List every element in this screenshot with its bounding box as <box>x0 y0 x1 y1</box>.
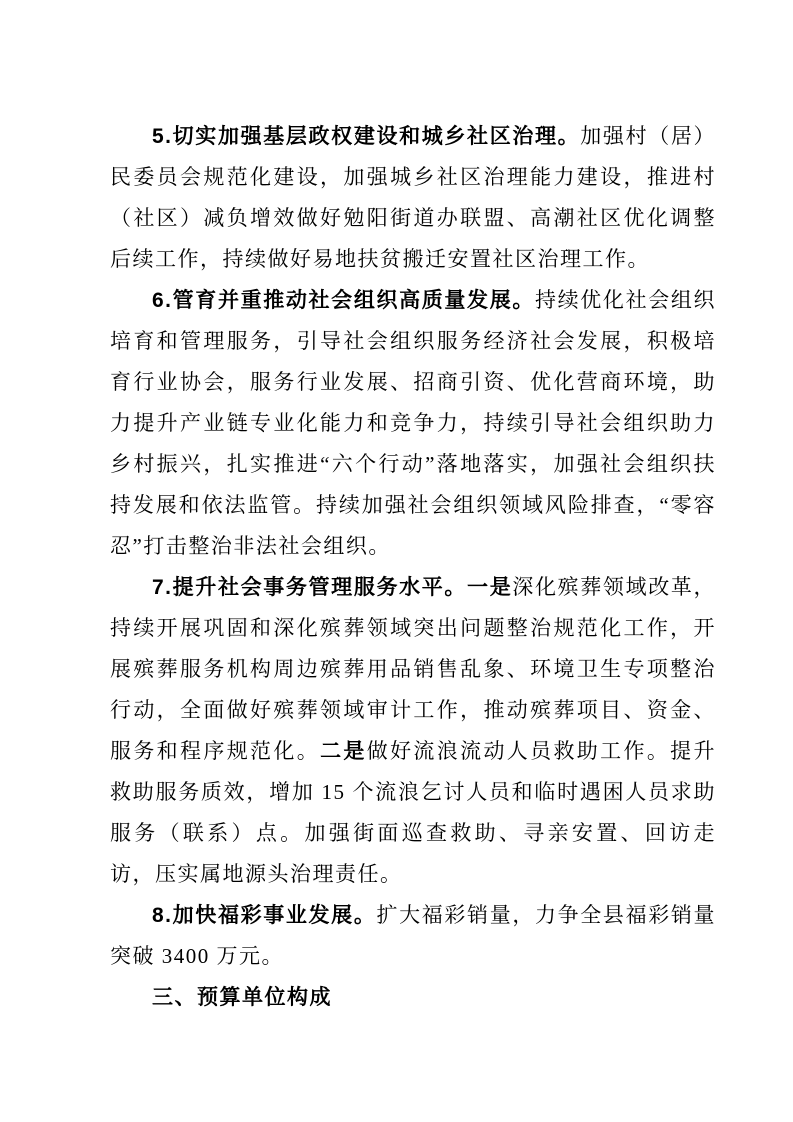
paragraph-8: 8.加快福彩事业发展。扩大福彩销量，力争全县福彩销量突破 3400 万元。 <box>110 895 716 977</box>
paragraph-6: 6.管育并重推动社会组织高质量发展。持续优化社会组织培育和管理服务，引导社会组织… <box>110 280 716 567</box>
document-page: 5.切实加强基层政权建设和城乡社区治理。加强村（居）民委员会规范化建设，加强城乡… <box>0 0 793 1122</box>
paragraph-7-body-one: 深化殡葬领域改革，持续开展巩固和深化殡葬领域突出问题整治规范化工作，开展殡葬服务… <box>110 575 716 763</box>
paragraph-6-lead: 6.管育并重推动社会组织高质量发展。 <box>152 289 535 312</box>
paragraph-6-body: 持续优化社会组织培育和管理服务，引导社会组织服务经济社会发展，积极培育行业协会，… <box>110 288 716 558</box>
paragraph-7: 7.提升社会事务管理服务水平。一是深化殡葬领域改革，持续开展巩固和深化殡葬领域突… <box>110 567 716 895</box>
paragraph-8-lead: 8.加快福彩事业发展。 <box>152 904 376 927</box>
paragraph-7-marker-two: 二是 <box>320 740 367 763</box>
paragraph-5-lead: 5.切实加强基层政权建设和城乡社区治理。 <box>152 125 580 148</box>
paragraph-5: 5.切实加强基层政权建设和城乡社区治理。加强村（居）民委员会规范化建设，加强城乡… <box>110 116 716 280</box>
paragraph-7-lead: 7.提升社会事务管理服务水平。 <box>152 576 467 599</box>
text-block: 5.切实加强基层政权建设和城乡社区治理。加强村（居）民委员会规范化建设，加强城乡… <box>110 116 716 1018</box>
paragraph-7-marker-one: 一是 <box>467 576 512 599</box>
section-heading: 三、预算单位构成 <box>110 977 716 1018</box>
